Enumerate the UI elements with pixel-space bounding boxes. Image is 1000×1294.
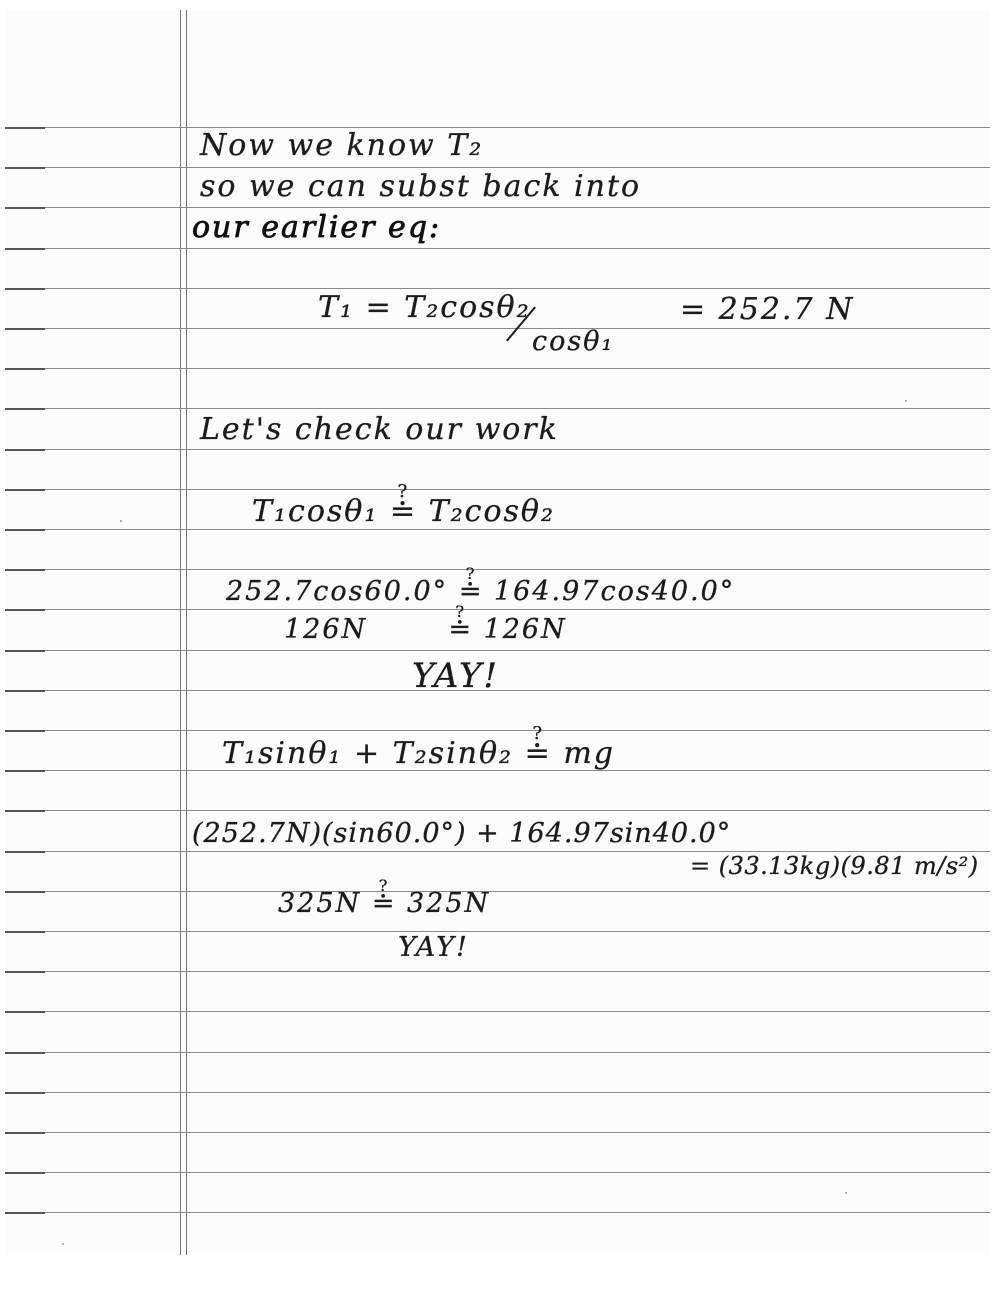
ruled-line [5, 810, 990, 811]
margin-line-left [180, 10, 181, 1255]
question-mark: ? [532, 723, 544, 744]
ruled-line [5, 248, 990, 249]
scan-speck [120, 520, 122, 522]
ruled-line [5, 328, 990, 329]
ruled-line [5, 449, 990, 450]
check-y-symbolic-rhs: mg [563, 736, 615, 771]
check-y-result: 325N ?≐ 325N [278, 888, 490, 919]
ruled-line [5, 931, 990, 932]
ruled-line [5, 529, 990, 530]
ruled-line [5, 288, 990, 289]
check-x-symbolic-rhs: T₂cosθ₂ [429, 494, 555, 529]
ruled-line [5, 1052, 990, 1053]
intro-line-2: so we can subst back into [200, 169, 641, 204]
denominator-text: cosθ₁ [532, 326, 614, 357]
intro-line-1: Now we know T₂ [200, 128, 483, 163]
ruled-line [5, 167, 990, 168]
intro-text-2: so we can subst back into [200, 169, 641, 204]
ruled-line [5, 1132, 990, 1133]
yay-exclamation-1: YAY! [412, 656, 499, 696]
check-y-numeric-rhs: = (33.13kg)(9.81 m/s²) [690, 852, 979, 880]
ruled-line [5, 127, 990, 128]
scan-speck [905, 400, 907, 402]
ruled-line [5, 1172, 990, 1173]
ruled-line [5, 609, 990, 610]
equation-t1-result: = 252.7 N [680, 292, 854, 327]
check-x-result-lhs: 126N [284, 614, 367, 645]
scan-speck [845, 1192, 847, 1194]
ruled-line [5, 1212, 990, 1213]
questioned-equals: ?≐ [390, 494, 417, 529]
equation-t1: T₁ = T₂cosθ₂ [318, 290, 531, 325]
ruled-line [5, 408, 990, 409]
question-mark: ? [466, 564, 477, 583]
ruled-line [5, 971, 990, 972]
ruled-line [5, 730, 990, 731]
scan-speck [62, 1243, 64, 1245]
ruled-line [5, 489, 990, 490]
ruled-line [5, 569, 990, 570]
check-y-symbolic: T₁sinθ₁ + T₂sinθ₂ ?≐ mg [222, 736, 615, 771]
question-mark: ? [379, 876, 390, 895]
question-mark: ? [398, 481, 410, 502]
check-y-numeric: (252.7N)(sin60.0°) + 164.97sin40.0° [192, 818, 731, 849]
check-y-result-lhs: 325N [278, 888, 361, 919]
ruled-line [5, 368, 990, 369]
check-x-symbolic: T₁cosθ₁ ?≐ T₂cosθ₂ [252, 494, 555, 529]
yay-exclamation-2: YAY! [398, 932, 469, 963]
check-y-numeric-text: (252.7N)(sin60.0°) + 164.97sin40.0° [192, 818, 731, 849]
ruled-line [5, 1011, 990, 1012]
ruled-line [5, 207, 990, 208]
ruled-line [5, 650, 990, 651]
check-heading-text: Let's check our work [200, 412, 559, 447]
equation-t1-numerator: T₁ = T₂cosθ₂ [318, 290, 531, 325]
result-text: = 252.7 N [680, 292, 854, 327]
yay-text-2: YAY! [398, 932, 469, 963]
check-x-numeric: 252.7cos60.0° ?≐ 164.97cos40.0° [226, 576, 735, 607]
yay-text-1: YAY! [412, 656, 499, 696]
equation-t1-denominator: cosθ₁ [532, 326, 614, 357]
check-y-result-rhs: 325N [407, 888, 490, 919]
check-x-numeric-rhs: 164.97cos40.0° [494, 576, 735, 607]
intro-text-3: our earlier eq: [192, 210, 441, 245]
intro-text-1: Now we know T₂ [200, 128, 483, 163]
ruled-line [5, 891, 990, 892]
margin-line-right [186, 10, 187, 1255]
check-heading: Let's check our work [200, 412, 559, 447]
check-x-symbolic-lhs: T₁cosθ₁ [252, 494, 378, 529]
questioned-equals: ?≐ [372, 888, 397, 919]
check-x-numeric-lhs: 252.7cos60.0° [226, 576, 448, 607]
ruled-line [5, 1092, 990, 1093]
questioned-equals: ?≐ [448, 614, 473, 645]
intro-line-3: our earlier eq: [192, 210, 441, 245]
check-x-result-rhs: 126N [484, 614, 567, 645]
check-y-symbolic-lhs: T₁sinθ₁ + T₂sinθ₂ [222, 736, 513, 771]
check-x-result: 126N ?≐ 126N [284, 614, 567, 645]
check-y-rhs-text: = (33.13kg)(9.81 m/s²) [690, 852, 979, 880]
question-mark: ? [455, 602, 466, 621]
questioned-equals: ?≐ [525, 736, 552, 771]
